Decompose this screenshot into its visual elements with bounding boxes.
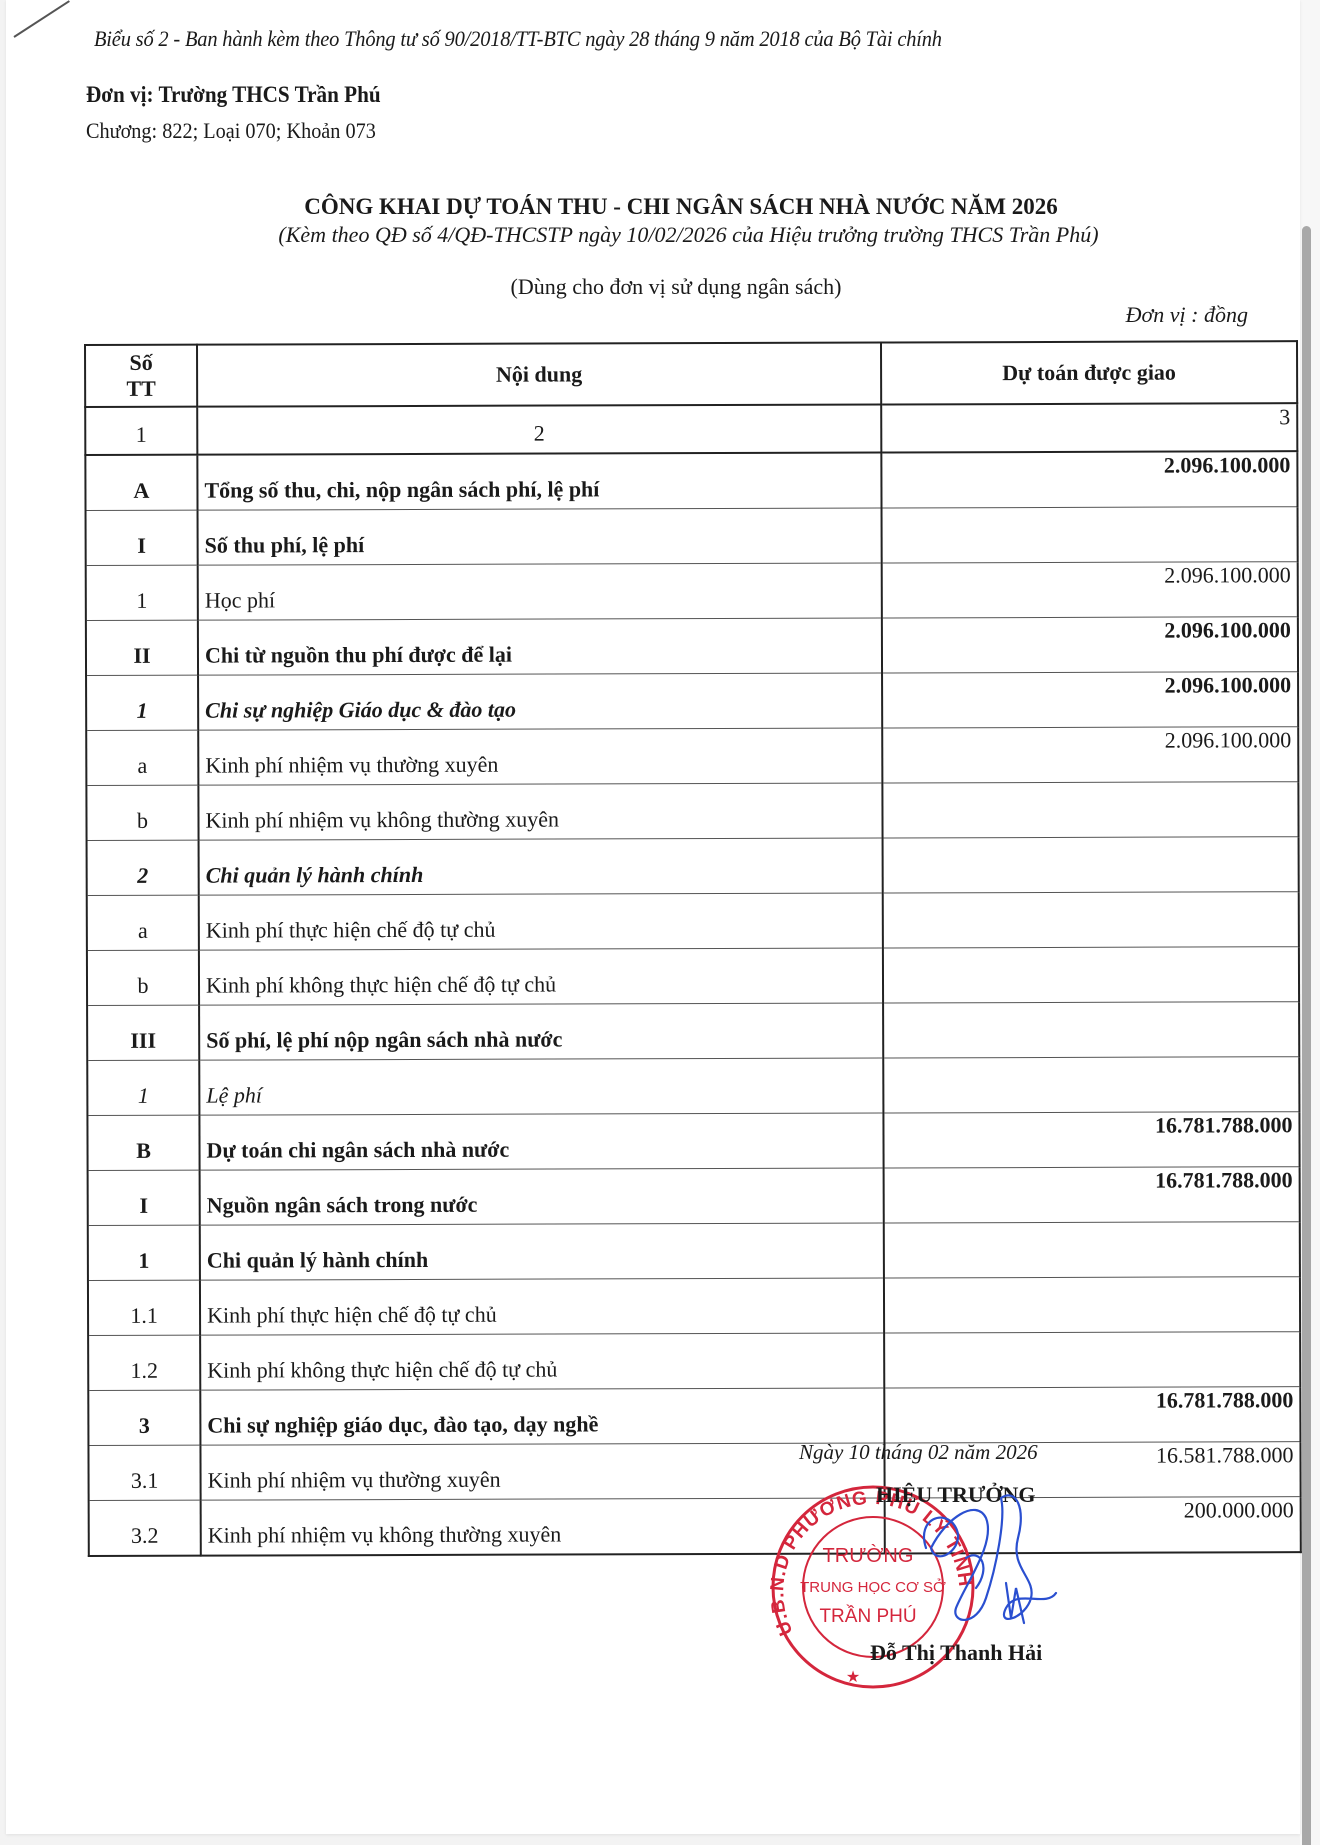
table-row: aKinh phí thực hiện chế độ tự chủ bbox=[87, 892, 1299, 951]
table-row: aKinh phí nhiệm vụ thường xuyên2.096.100… bbox=[86, 727, 1298, 786]
row-content: Dự toán chi ngân sách nhà nước bbox=[199, 1113, 883, 1170]
usage-note: (Dùng cho đơn vị sử dụng ngân sách) bbox=[6, 274, 1320, 300]
row-stt: 1 bbox=[88, 1225, 200, 1280]
row-content: Học phí bbox=[198, 563, 882, 620]
handwritten-signature bbox=[906, 1488, 1066, 1638]
row-stt: 2 bbox=[87, 840, 199, 895]
row-amount: 16.781.788.000 bbox=[883, 1112, 1299, 1168]
pen-mark bbox=[13, 0, 69, 38]
currency-unit: Đơn vị : đồng bbox=[1126, 302, 1248, 328]
row-amount: 2.096.100.000 bbox=[882, 562, 1298, 618]
table-row: IIChi từ nguồn thu phí được để lại2.096.… bbox=[86, 617, 1298, 676]
row-amount bbox=[883, 892, 1299, 948]
row-amount: 16.781.788.000 bbox=[884, 1387, 1300, 1443]
table-row: bKinh phí nhiệm vụ không thường xuyên bbox=[86, 782, 1298, 841]
signatory-name: Đỗ Thị Thanh Hải bbox=[870, 1640, 1042, 1666]
form-reference: Biểu số 2 - Ban hành kèm theo Thông tư s… bbox=[94, 26, 942, 52]
table-row: BDự toán chi ngân sách nhà nước16.781.78… bbox=[87, 1112, 1299, 1171]
table-header-row: Số TT Nội dung Dự toán được giao bbox=[85, 341, 1297, 407]
row-amount bbox=[882, 507, 1298, 563]
row-content: Chi quản lý hành chính bbox=[199, 838, 883, 895]
budget-classification: Chương: 822; Loại 070; Khoản 073 bbox=[86, 118, 376, 144]
row-amount: 2.096.100.000 bbox=[882, 727, 1298, 783]
table-row: INguồn ngân sách trong nước16.781.788.00… bbox=[88, 1167, 1300, 1226]
row-stt: a bbox=[86, 730, 198, 785]
row-stt: 1 bbox=[87, 1060, 199, 1115]
row-content: Nguồn ngân sách trong nước bbox=[200, 1168, 884, 1225]
table-row: 3Chi sự nghiệp giáo dục, đào tạo, dạy ng… bbox=[88, 1387, 1300, 1446]
row-content: Kinh phí thực hiện chế độ tự chủ bbox=[200, 1278, 884, 1335]
row-content: Kinh phí không thực hiện chế độ tự chủ bbox=[200, 1333, 884, 1390]
row-stt: B bbox=[87, 1115, 199, 1170]
row-amount bbox=[883, 837, 1299, 893]
row-content: Kinh phí không thực hiện chế độ tự chủ bbox=[199, 948, 883, 1005]
table-row: ATổng số thu, chi, nộp ngân sách phí, lệ… bbox=[85, 451, 1297, 510]
header-amount: Dự toán được giao bbox=[881, 341, 1297, 404]
row-content: Lệ phí bbox=[199, 1058, 883, 1115]
header-content: Nội dung bbox=[197, 342, 881, 406]
row-content: Chi sự nghiệp Giáo dục & đào tạo bbox=[198, 673, 882, 730]
row-stt: 1 bbox=[86, 675, 198, 730]
table-row: 3.2Kinh phí nhiệm vụ không thường xuyên2… bbox=[89, 1497, 1301, 1556]
row-amount bbox=[884, 1277, 1300, 1333]
row-content: Số phí, lệ phí nộp ngân sách nhà nước bbox=[199, 1003, 883, 1060]
row-content: Chi quản lý hành chính bbox=[200, 1223, 884, 1280]
table-row: ISố thu phí, lệ phí bbox=[86, 507, 1298, 566]
column-number-row: 1 2 3 bbox=[85, 403, 1297, 455]
row-stt: I bbox=[88, 1170, 200, 1225]
row-stt: 1.2 bbox=[88, 1335, 200, 1390]
row-amount: 16.781.788.000 bbox=[884, 1167, 1300, 1223]
row-content: Kinh phí nhiệm vụ không thường xuyên bbox=[198, 783, 882, 840]
column-number-1: 1 bbox=[85, 407, 197, 455]
table-row: 1Chi quản lý hành chính bbox=[88, 1222, 1300, 1281]
row-stt: I bbox=[86, 510, 198, 565]
row-content: Số thu phí, lệ phí bbox=[198, 508, 882, 565]
column-number-2: 2 bbox=[197, 404, 881, 454]
row-amount bbox=[883, 947, 1299, 1003]
table-row: 1.1Kinh phí thực hiện chế độ tự chủ bbox=[88, 1277, 1300, 1336]
table-row: 1Học phí2.096.100.000 bbox=[86, 562, 1298, 621]
row-stt: II bbox=[86, 620, 198, 675]
row-amount bbox=[884, 1222, 1300, 1278]
row-stt: A bbox=[85, 455, 197, 511]
table-row: 1.2Kinh phí không thực hiện chế độ tự ch… bbox=[88, 1332, 1300, 1391]
row-amount: 2.096.100.000 bbox=[882, 672, 1298, 728]
table-row: 2Chi quản lý hành chính bbox=[87, 837, 1299, 896]
stamp-line-3: TRẦN PHÚ bbox=[819, 1605, 916, 1627]
row-stt: 3 bbox=[88, 1390, 200, 1445]
table-row: 3.1Kinh phí nhiệm vụ thường xuyên16.581.… bbox=[88, 1442, 1300, 1501]
table-row: 1Lệ phí bbox=[87, 1057, 1299, 1116]
row-content: Chi từ nguồn thu phí được để lại bbox=[198, 618, 882, 675]
row-stt: b bbox=[87, 950, 199, 1005]
header-stt: Số TT bbox=[85, 345, 197, 407]
table-row: IIISố phí, lệ phí nộp ngân sách nhà nước bbox=[87, 1002, 1299, 1061]
signature-date: Ngày 10 tháng 02 năm 2026 bbox=[799, 1440, 1038, 1465]
row-stt: b bbox=[86, 785, 198, 840]
row-stt: 1 bbox=[86, 565, 198, 620]
document-title: CÔNG KHAI DỰ TOÁN THU - CHI NGÂN SÁCH NH… bbox=[6, 194, 1320, 220]
stamp-star-icon: ★ bbox=[846, 1669, 860, 1686]
row-content: Chi sự nghiệp giáo dục, đào tạo, dạy ngh… bbox=[200, 1388, 884, 1445]
table-row: bKinh phí không thực hiện chế độ tự chủ bbox=[87, 947, 1299, 1006]
document-subtitle: (Kèm theo QĐ số 4/QĐ-THCSTP ngày 10/02/2… bbox=[6, 222, 1320, 248]
row-stt: 3.2 bbox=[89, 1500, 201, 1556]
table-row: 1Chi sự nghiệp Giáo dục & đào tạo2.096.1… bbox=[86, 672, 1298, 731]
row-stt: 1.1 bbox=[88, 1280, 200, 1335]
scrollbar-thumb[interactable] bbox=[1302, 226, 1311, 1845]
row-content: Kinh phí nhiệm vụ thường xuyên bbox=[198, 728, 882, 785]
row-amount: 2.096.100.000 bbox=[882, 617, 1298, 673]
row-stt: III bbox=[87, 1005, 199, 1060]
row-content: Kinh phí thực hiện chế độ tự chủ bbox=[199, 893, 883, 950]
budget-table: Số TT Nội dung Dự toán được giao 1 2 3 A… bbox=[84, 340, 1302, 1557]
column-number-3: 3 bbox=[881, 403, 1297, 452]
row-amount bbox=[883, 1057, 1299, 1113]
row-amount bbox=[882, 782, 1298, 838]
row-content: Tổng số thu, chi, nộp ngân sách phí, lệ … bbox=[197, 452, 881, 510]
organization-unit: Đơn vị: Trường THCS Trần Phú bbox=[86, 82, 381, 108]
row-stt: 3.1 bbox=[88, 1445, 200, 1500]
row-stt: a bbox=[87, 895, 199, 950]
document-page: Biểu số 2 - Ban hành kèm theo Thông tư s… bbox=[6, 0, 1300, 1834]
row-amount bbox=[883, 1002, 1299, 1058]
row-amount bbox=[884, 1332, 1300, 1388]
stamp-line-1: TRƯỜNG bbox=[823, 1544, 914, 1567]
row-amount: 2.096.100.000 bbox=[881, 451, 1297, 508]
